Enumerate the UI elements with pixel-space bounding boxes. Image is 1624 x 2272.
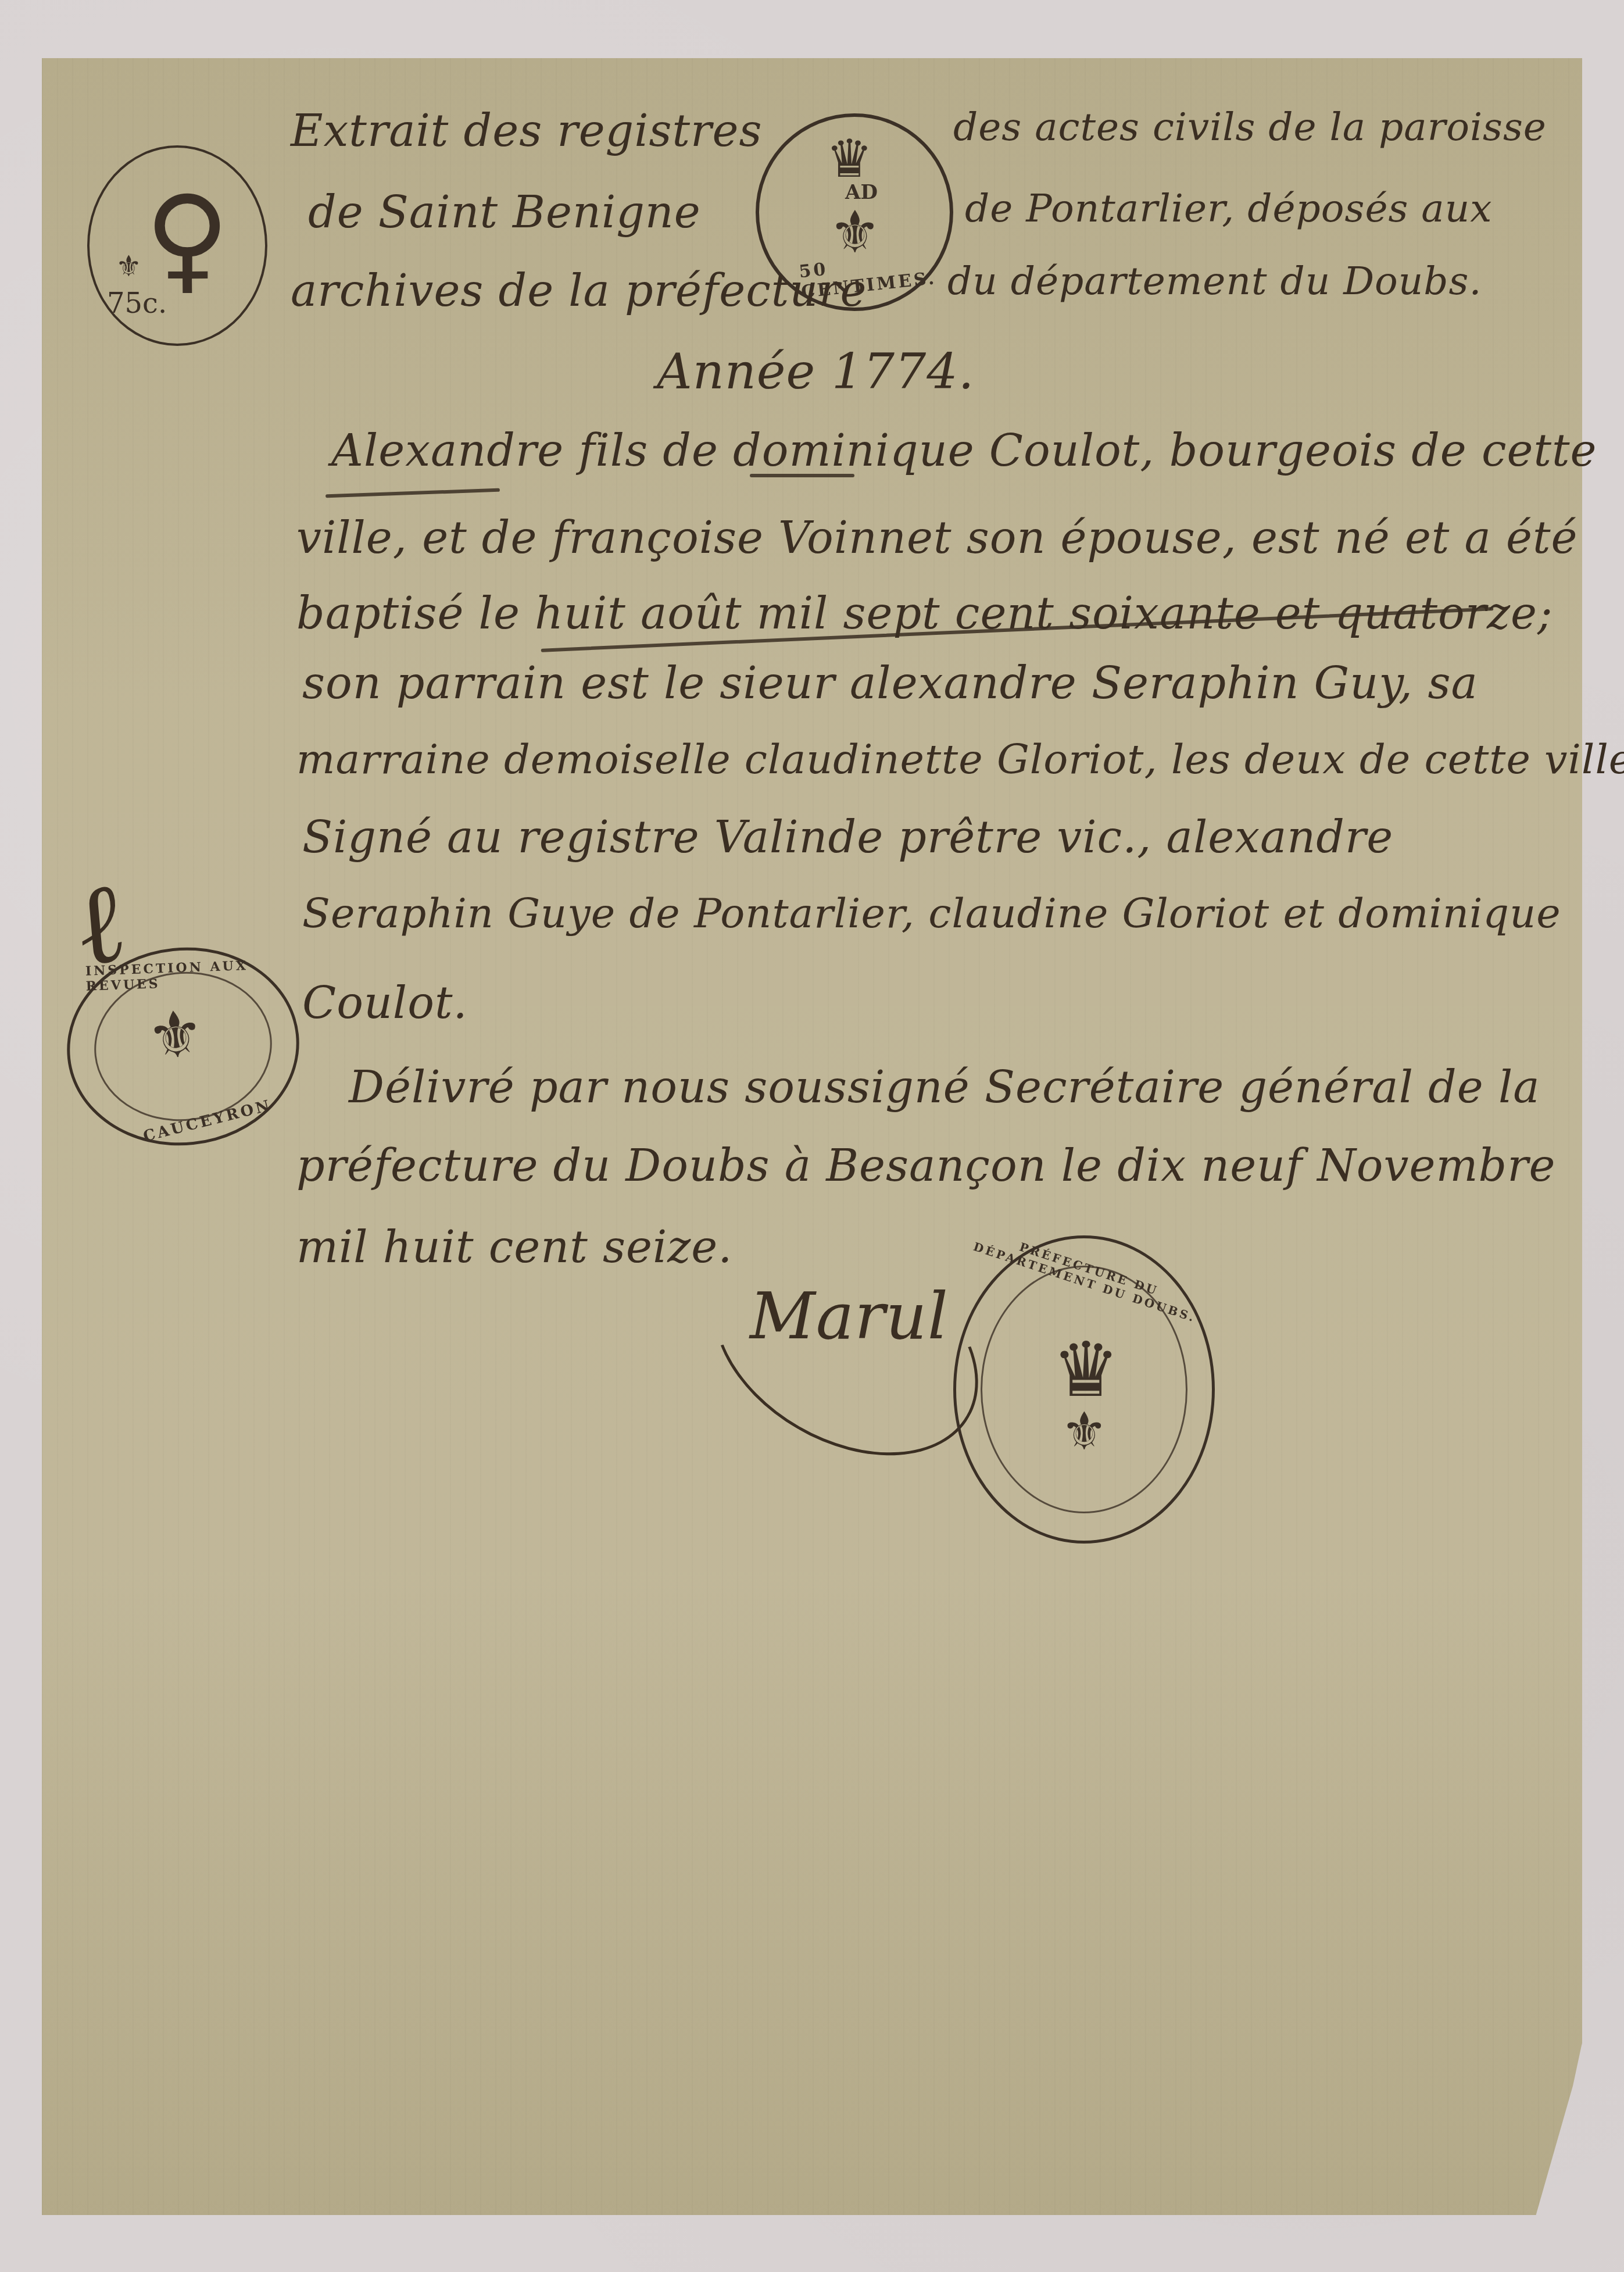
body-line-8: Coulot. [302,977,468,1028]
fiscal-stamp-75c: ♀ ⚜ 75c. [87,145,267,346]
stamp-value-75c: 75c. [107,287,167,320]
body-line-7: Seraphin Guye de Pontarlier, claudine Gl… [302,889,1561,937]
body-line-4: son parrain est le sieur alexandre Serap… [302,657,1478,709]
header-line-2-right: de Pontarlier, déposés aux [965,186,1492,231]
header-line-1-right: des actes civils de la paroisse [953,105,1547,149]
body-line-6: Signé au registre Valinde prêtre vic., a… [302,811,1393,863]
body-line-2: ville, et de françoise Voinnet son épous… [296,512,1578,563]
header-line-3-right: du département du Doubs. [947,259,1482,303]
underline-coulot [750,474,854,477]
year-heading: Année 1774. [657,343,974,400]
delivery-line-1: Délivré par nous soussigné Secrétaire gé… [349,1061,1540,1113]
header-line-3-left: archives de la préfecture [291,265,867,316]
header-line-1-left: Extrait des registres [291,105,762,156]
fleur-de-lis-icon: ⚜ [116,249,142,283]
allegorical-figure-icon: ♀ [145,171,230,306]
stamp-text-top: INSPECTION AUX REVUES [85,956,289,994]
fleur-de-lis-icon: ⚜ [1061,1401,1108,1462]
body-line-1: Alexandre fils de dominique Coulot, bour… [331,424,1597,476]
body-line-5: marraine demoiselle claudinette Gloriot,… [296,735,1624,783]
header-line-2-left: de Saint Benigne [308,186,701,238]
royal-arms-icon: ⚜ [143,995,208,1075]
delivery-line-3: mil huit cent seize. [296,1221,732,1273]
prefecture-stamp-doubs: PRÉFECTURE DU DÉPARTEMENT DU DOUBS. ♛ ⚜ [953,1235,1215,1544]
delivery-line-2: préfecture du Doubs à Besançon le dix ne… [296,1139,1556,1191]
